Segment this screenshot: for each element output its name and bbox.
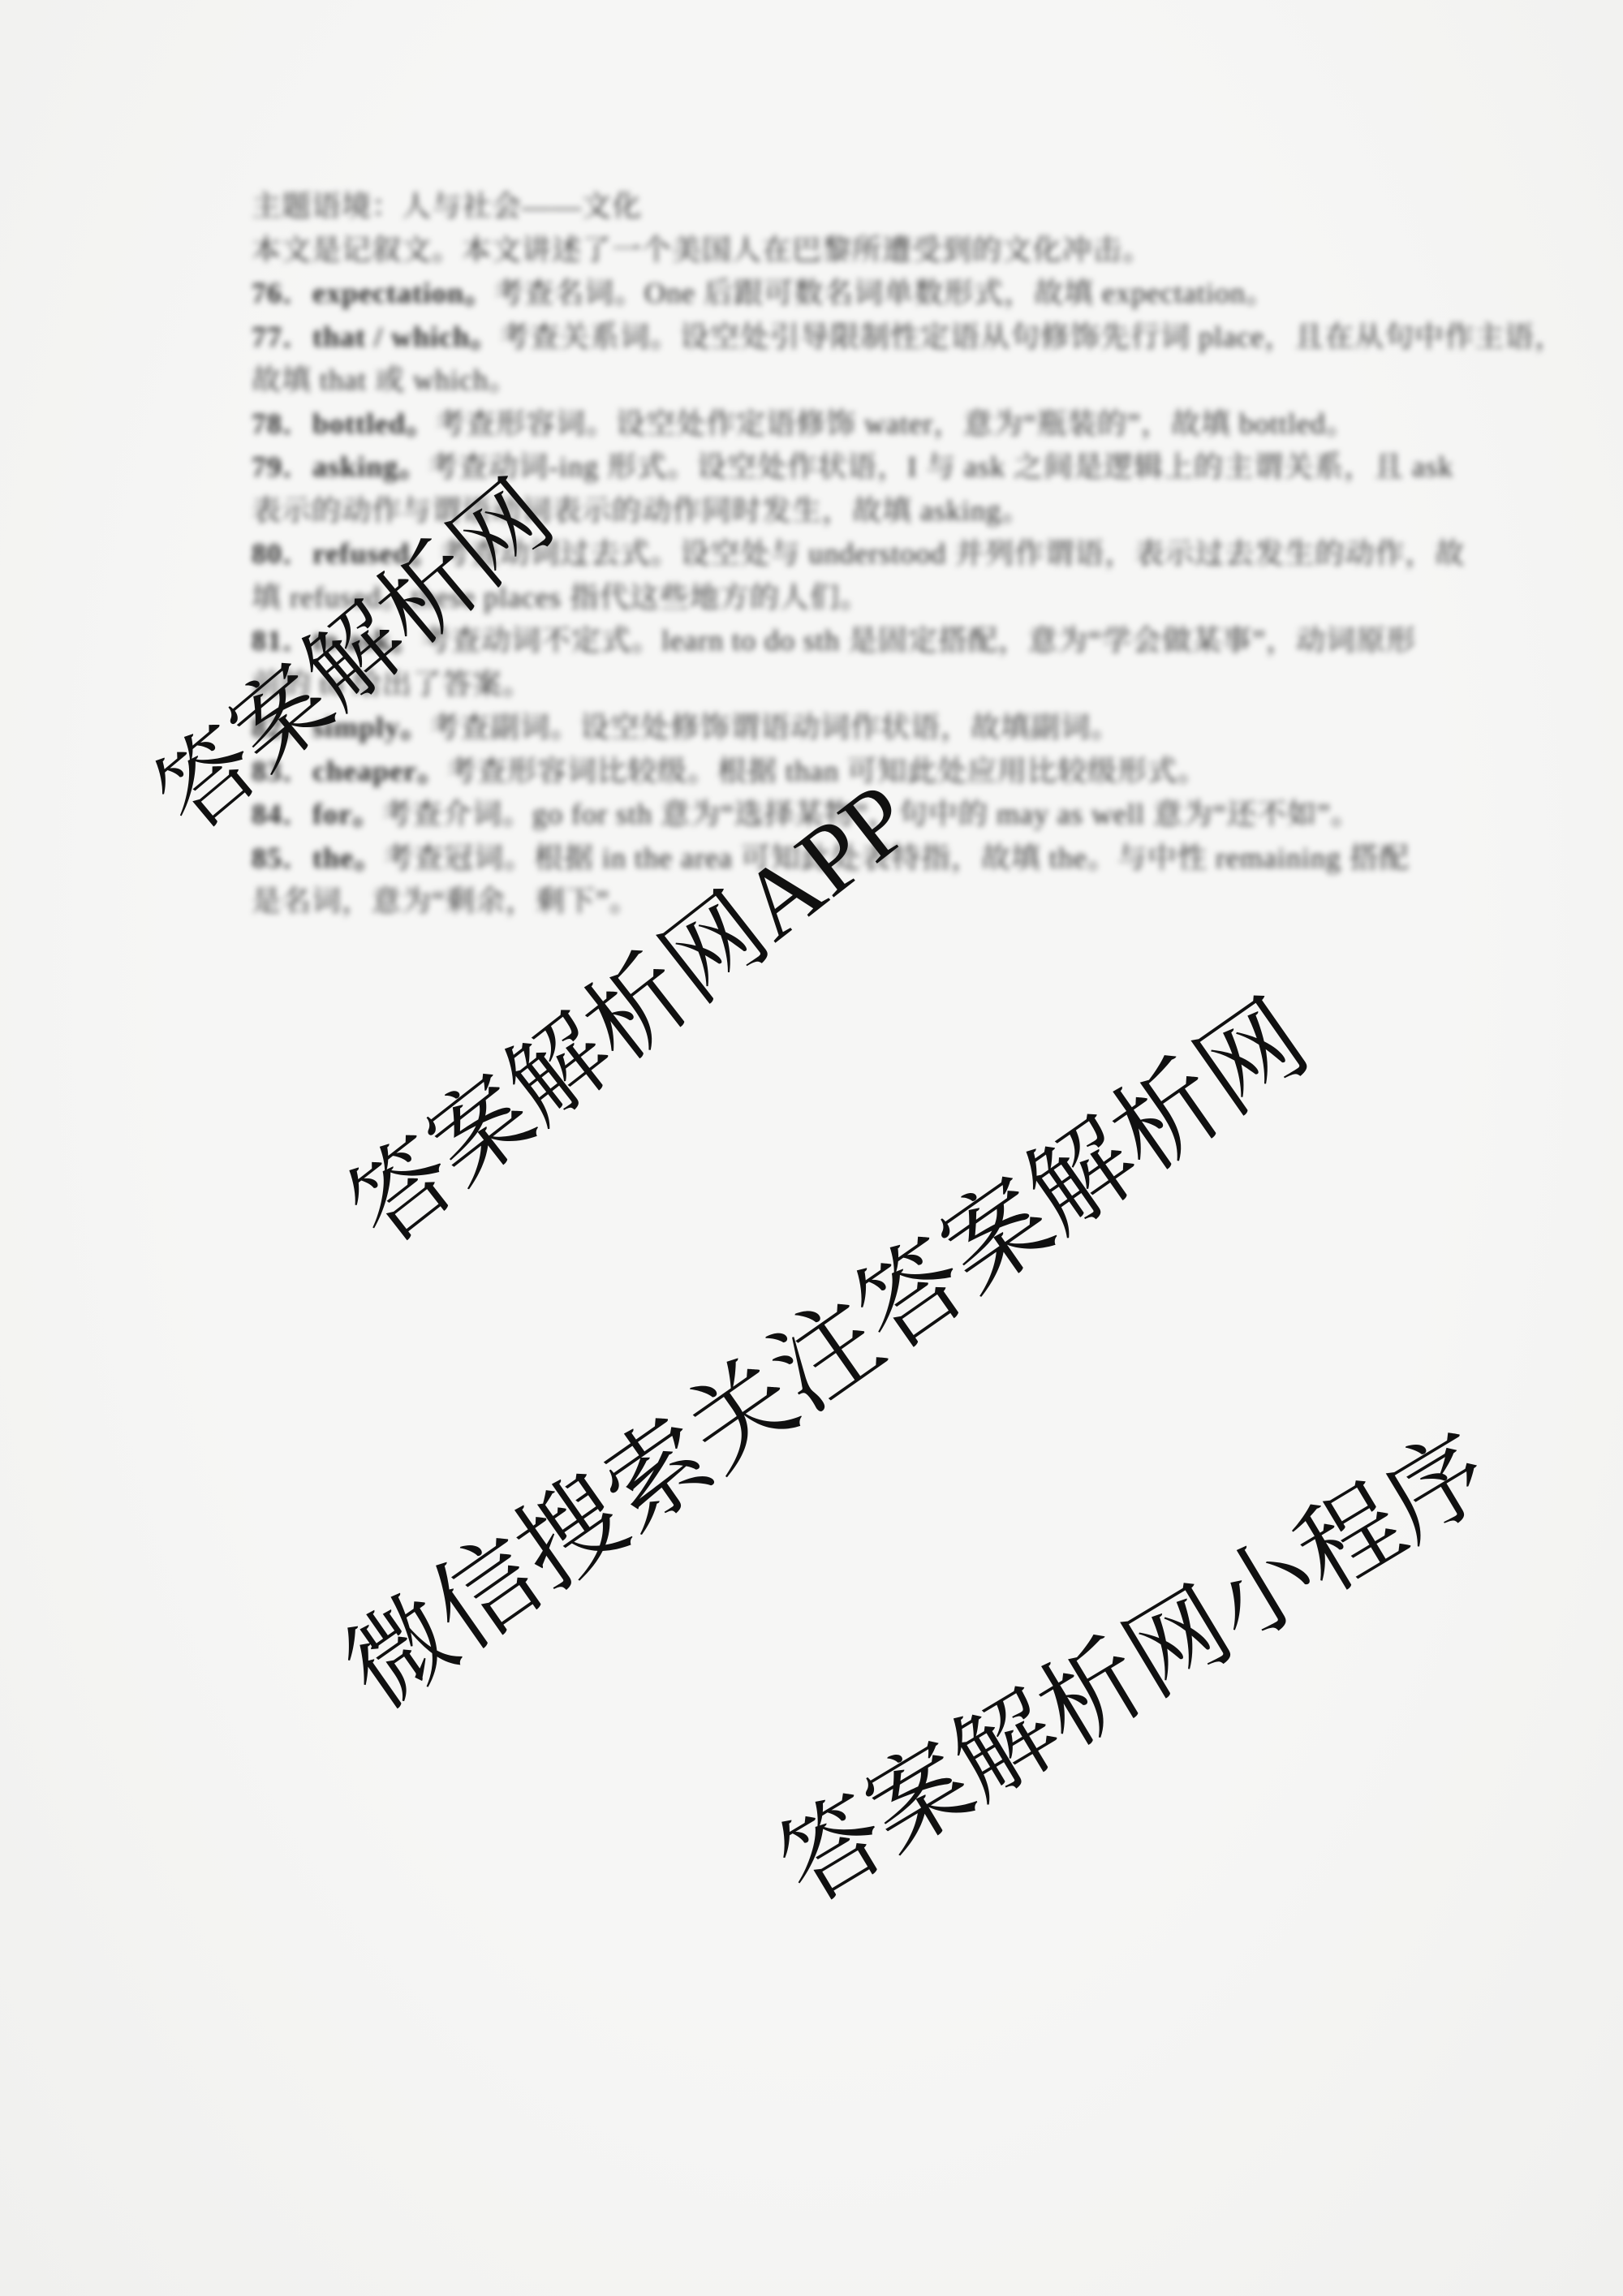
text-line: 80．refused。考查动词过去式。设空处与 understood 并列作谓语… (252, 532, 1388, 576)
line-text: 考查动词-ing 形式。设空处作状语，I 与 ask 之间是逻辑上的主谓关系，且… (428, 450, 1453, 483)
line-text: 填 refused。these places 指代这些地方的人们。 (252, 581, 870, 614)
item-answer-label: 82．simply。 (252, 711, 430, 743)
item-answer-label: 79．asking。 (252, 450, 428, 483)
text-line: 主题语境：人与社会——文化 (252, 185, 1388, 229)
line-text: 考查介词。go for sth 意为“选择某物”，句中的 may as well… (382, 798, 1361, 830)
text-line: 是名词，意为“剩余，剩下”。 (252, 880, 1388, 924)
line-text: 考查动词不定式。learn to do sth 是固定搭配，意为“学会做某事”，… (421, 624, 1416, 657)
line-text: 考查形容词比较级。根据 than 可知此处应用比较级形式。 (447, 755, 1208, 787)
line-text: 考查冠词。根据 in the area 可知此处表特指，故填 the。与中性 r… (384, 842, 1410, 874)
text-line: 79．asking。考查动词-ing 形式。设空处作状语，I 与 ask 之间是… (252, 446, 1388, 489)
text-line: 76．expectation。考查名词。One 后跟可数名词单数形式，故填 ex… (252, 272, 1388, 316)
line-text: 主题语境：人与社会——文化 (252, 190, 642, 222)
text-line: 82．simply。考查副词。设空处修饰谓语动词作状语，故填副词。 (252, 706, 1388, 750)
text-line: 填 refused。these places 指代这些地方的人们。 (252, 576, 1388, 620)
line-text: 考查形容词。设空处作定语修饰 water，意为“瓶装的”，故填 bottled。 (436, 407, 1356, 440)
document-page: 主题语境：人与社会——文化本文是记叙文。本文讲述了一个美国人在巴黎所遭受到的文化… (0, 0, 1623, 2296)
item-answer-label: 77．that / which。 (252, 321, 500, 353)
text-line: 本文是记叙文。本文讲述了一个美国人在巴黎所遭受到的文化冲击。 (252, 229, 1388, 273)
text-line: 77．that / which。考查关系词。设空处引导限制性定语从句修饰先行词 … (252, 316, 1388, 360)
item-answer-label: 85．the。 (252, 842, 384, 874)
line-text: 表示的动作与谓语动词表示的动作同时发生，故填 asking。 (252, 494, 1031, 527)
text-line: 83．cheaper。考查形容词比较级。根据 than 可知此处应用比较级形式。 (252, 750, 1388, 794)
text-line: 表示的动作与谓语动词表示的动作同时发生，故填 asking。 (252, 489, 1388, 533)
line-text: 考查关系词。设空处引导限制性定语从句修饰先行词 place，且在从句中作主语， (500, 321, 1565, 353)
line-text: 考查动词过去式。设空处与 understood 并列作谓语，表示过去发生的动作，… (440, 537, 1465, 570)
text-line: 前的 to 给出了答案。 (252, 663, 1388, 707)
line-text: 考查名词。One 后跟可数名词单数形式，故填 expectation。 (494, 277, 1276, 309)
item-answer-label: 83．cheaper。 (252, 755, 447, 787)
line-text: 本文是记叙文。本文讲述了一个美国人在巴黎所遭受到的文化冲击。 (252, 234, 1152, 266)
item-answer-label: 80．refused。 (252, 537, 440, 570)
text-line: 85．the。考查冠词。根据 in the area 可知此处表特指，故填 th… (252, 837, 1388, 881)
text-line: 78．bottled。考查形容词。设空处作定语修饰 water，意为“瓶装的”，… (252, 403, 1388, 446)
item-answer-label: 84．for。 (252, 798, 382, 830)
item-answer-label: 78．bottled。 (252, 407, 436, 440)
line-text: 故填 that 或 which。 (252, 364, 519, 396)
line-text: 前的 to 给出了答案。 (252, 668, 532, 700)
item-answer-label: 76．expectation。 (252, 277, 494, 309)
item-answer-label: 81．to ask。 (252, 624, 421, 657)
line-text: 是名词，意为“剩余，剩下”。 (252, 885, 639, 917)
text-line: 84．for。考查介词。go for sth 意为“选择某物”，句中的 may … (252, 793, 1388, 837)
answer-explanations: 主题语境：人与社会——文化本文是记叙文。本文讲述了一个美国人在巴黎所遭受到的文化… (252, 185, 1388, 924)
watermark-wechat-search: 微信搜索关注答案解析网 (311, 958, 1332, 1736)
text-line: 81．to ask。考查动词不定式。learn to do sth 是固定搭配，… (252, 619, 1388, 663)
line-text: 考查副词。设空处修饰谓语动词作状语，故填副词。 (430, 711, 1121, 743)
watermark-mini-program: 答案解析网小程序 (748, 1391, 1513, 1930)
text-line: 故填 that 或 which。 (252, 359, 1388, 403)
